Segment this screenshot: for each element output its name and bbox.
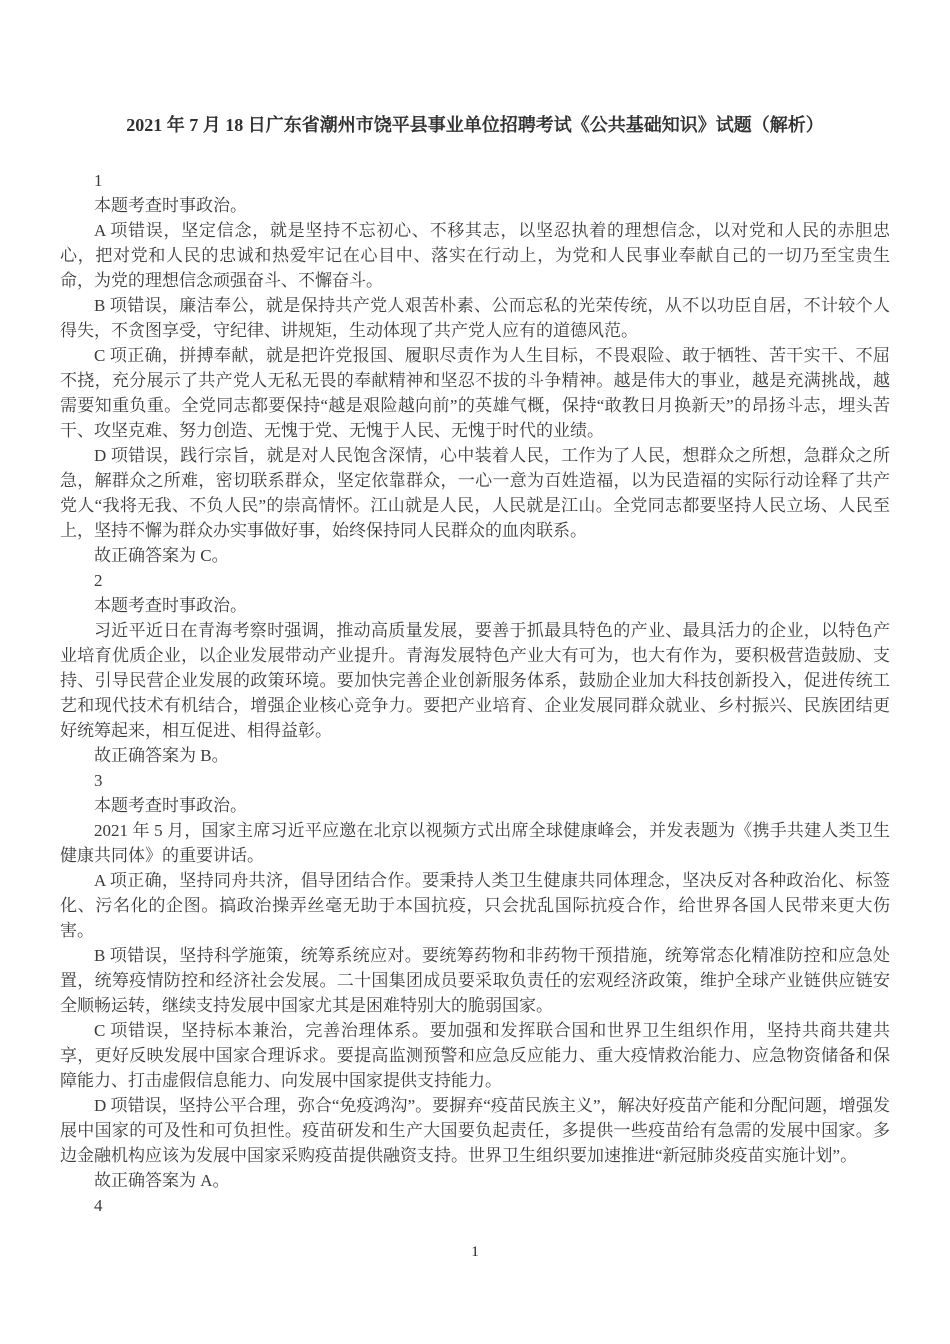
question-3-paragraph: B 项错误，坚持科学施策，统筹系统应对。要统筹药物和非药物干预措施，统筹常态化精… bbox=[60, 943, 890, 1018]
question-3-paragraph: A 项正确，坚持同舟共济，倡导团结合作。要秉持人类卫生健康共同体理念，坚决反对各… bbox=[60, 868, 890, 943]
question-3-paragraph: 2021 年 5 月，国家主席习近平应邀在北京以视频方式出席全球健康峰会，并发表… bbox=[60, 818, 890, 868]
question-3-answer: 故正确答案为 A。 bbox=[60, 1168, 890, 1193]
document-title: 2021 年 7 月 18 日广东省潮州市饶平县事业单位招聘考试《公共基础知识》… bbox=[0, 0, 950, 138]
question-1-number: 1 bbox=[60, 168, 890, 193]
question-1-paragraph: 本题考查时事政治。 bbox=[60, 193, 890, 218]
question-4-number: 4 bbox=[60, 1193, 890, 1218]
question-1-paragraph: C 项正确，拼搏奉献，就是把许党报国、履职尽责作为人生目标，不畏艰险、敢于牺牲、… bbox=[60, 343, 890, 443]
question-2-paragraph: 习近平近日在青海考察时强调，推动高质量发展，要善于抓最具特色的产业、最具活力的企… bbox=[60, 618, 890, 743]
question-3-paragraph: 本题考查时事政治。 bbox=[60, 793, 890, 818]
question-2-paragraph: 本题考查时事政治。 bbox=[60, 593, 890, 618]
question-1-paragraph: B 项错误，廉洁奉公，就是保持共产党人艰苦朴素、公而忘私的光荣传统，从不以功臣自… bbox=[60, 293, 890, 343]
question-3-paragraph: D 项错误，坚持公平合理，弥合“免疫鸿沟”。要摒弃“疫苗民族主义”，解决好疫苗产… bbox=[60, 1093, 890, 1168]
question-2-number: 2 bbox=[60, 568, 890, 593]
question-3-paragraph: C 项错误，坚持标本兼治，完善治理体系。要加强和发挥联合国和世界卫生组织作用，坚… bbox=[60, 1018, 890, 1093]
question-3-number: 3 bbox=[60, 768, 890, 793]
document-body: 1 本题考查时事政治。 A 项错误，坚定信念，就是坚持不忘初心、不移其志，以坚忍… bbox=[60, 168, 890, 1218]
question-1-paragraph: D 项错误，践行宗旨，就是对人民饱含深情，心中装着人民，工作为了人民，想群众之所… bbox=[60, 443, 890, 543]
page-number: 1 bbox=[0, 1244, 950, 1261]
question-1-answer: 故正确答案为 C。 bbox=[60, 543, 890, 568]
question-2-answer: 故正确答案为 B。 bbox=[60, 743, 890, 768]
document-page: 2021 年 7 月 18 日广东省潮州市饶平县事业单位招聘考试《公共基础知识》… bbox=[0, 0, 950, 1344]
question-1-paragraph: A 项错误，坚定信念，就是坚持不忘初心、不移其志，以坚忍执着的理想信念，以对党和… bbox=[60, 218, 890, 293]
